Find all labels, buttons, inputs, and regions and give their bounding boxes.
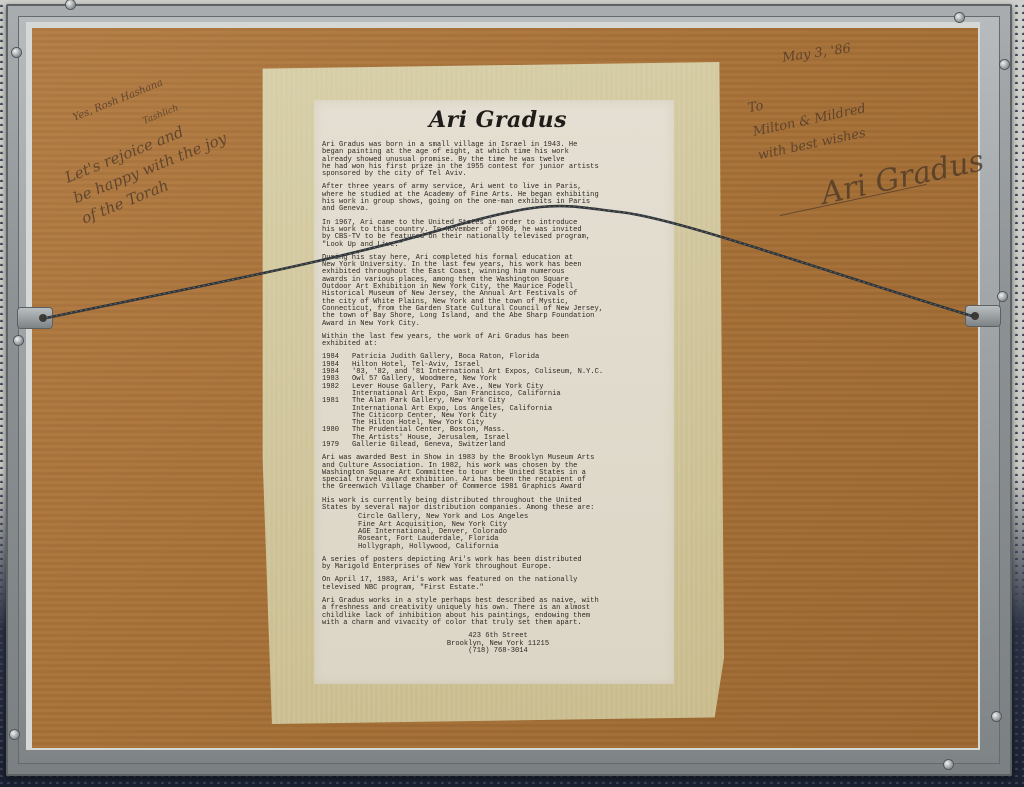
bio-paragraph: Within the last few years, the work of A… bbox=[322, 334, 674, 349]
exhibition-entry: 1979Gallerie Gilead, Geneva, Switzerland bbox=[322, 442, 674, 449]
closing-paragraph: A series of posters depicting Ari's work… bbox=[322, 557, 674, 572]
closing-paragraph: Ari Gradus works in a style perhaps best… bbox=[322, 598, 674, 627]
distributor-list: Circle Gallery, New York and Los Angeles… bbox=[358, 514, 674, 550]
biography-sheet: Ari Gradus Ari Gradus was born in a smal… bbox=[314, 100, 674, 684]
exhibition-year: 1980 bbox=[322, 427, 352, 434]
screw-icon bbox=[955, 13, 964, 22]
screw-icon bbox=[944, 760, 953, 769]
screw-icon bbox=[998, 292, 1007, 301]
bio-paragraph: In 1967, Ari came to the United States i… bbox=[322, 220, 674, 249]
exhibition-year: 1982 bbox=[322, 384, 352, 391]
bio-paragraph: During his stay here, Ari completed his … bbox=[322, 255, 674, 328]
exhibition-venue: Gallerie Gilead, Geneva, Switzerland bbox=[352, 442, 505, 449]
exhibition-year: 1981 bbox=[322, 398, 352, 405]
exhibition-year bbox=[322, 406, 352, 413]
awards-paragraph: Ari was awarded Best in Show in 1983 by … bbox=[322, 455, 674, 491]
screw-icon bbox=[14, 336, 23, 345]
contact-address: 423 6th Street Brooklyn, New York 11215 … bbox=[322, 633, 674, 655]
bio-paragraph: After three years of army service, Ari w… bbox=[322, 184, 674, 213]
closing-paragraph: On April 17, 1983, Ari's work was featur… bbox=[322, 577, 674, 592]
screw-icon bbox=[1000, 60, 1009, 69]
left-hanging-bracket bbox=[18, 308, 52, 328]
screw-icon bbox=[12, 48, 21, 57]
exhibition-year: 1979 bbox=[322, 442, 352, 449]
exhibition-list: 1984Patricia Judith Gallery, Boca Raton,… bbox=[322, 354, 674, 449]
screw-icon bbox=[992, 712, 1001, 721]
exhibition-year bbox=[322, 413, 352, 420]
bio-title: Ari Gradus bbox=[322, 108, 674, 132]
bio-paragraph: Ari Gradus was born in a small village i… bbox=[322, 142, 674, 178]
screw-icon bbox=[10, 730, 19, 739]
distribution-paragraph: His work is currently being distributed … bbox=[322, 498, 674, 513]
screw-icon bbox=[66, 0, 75, 9]
right-hanging-bracket bbox=[966, 306, 1000, 326]
